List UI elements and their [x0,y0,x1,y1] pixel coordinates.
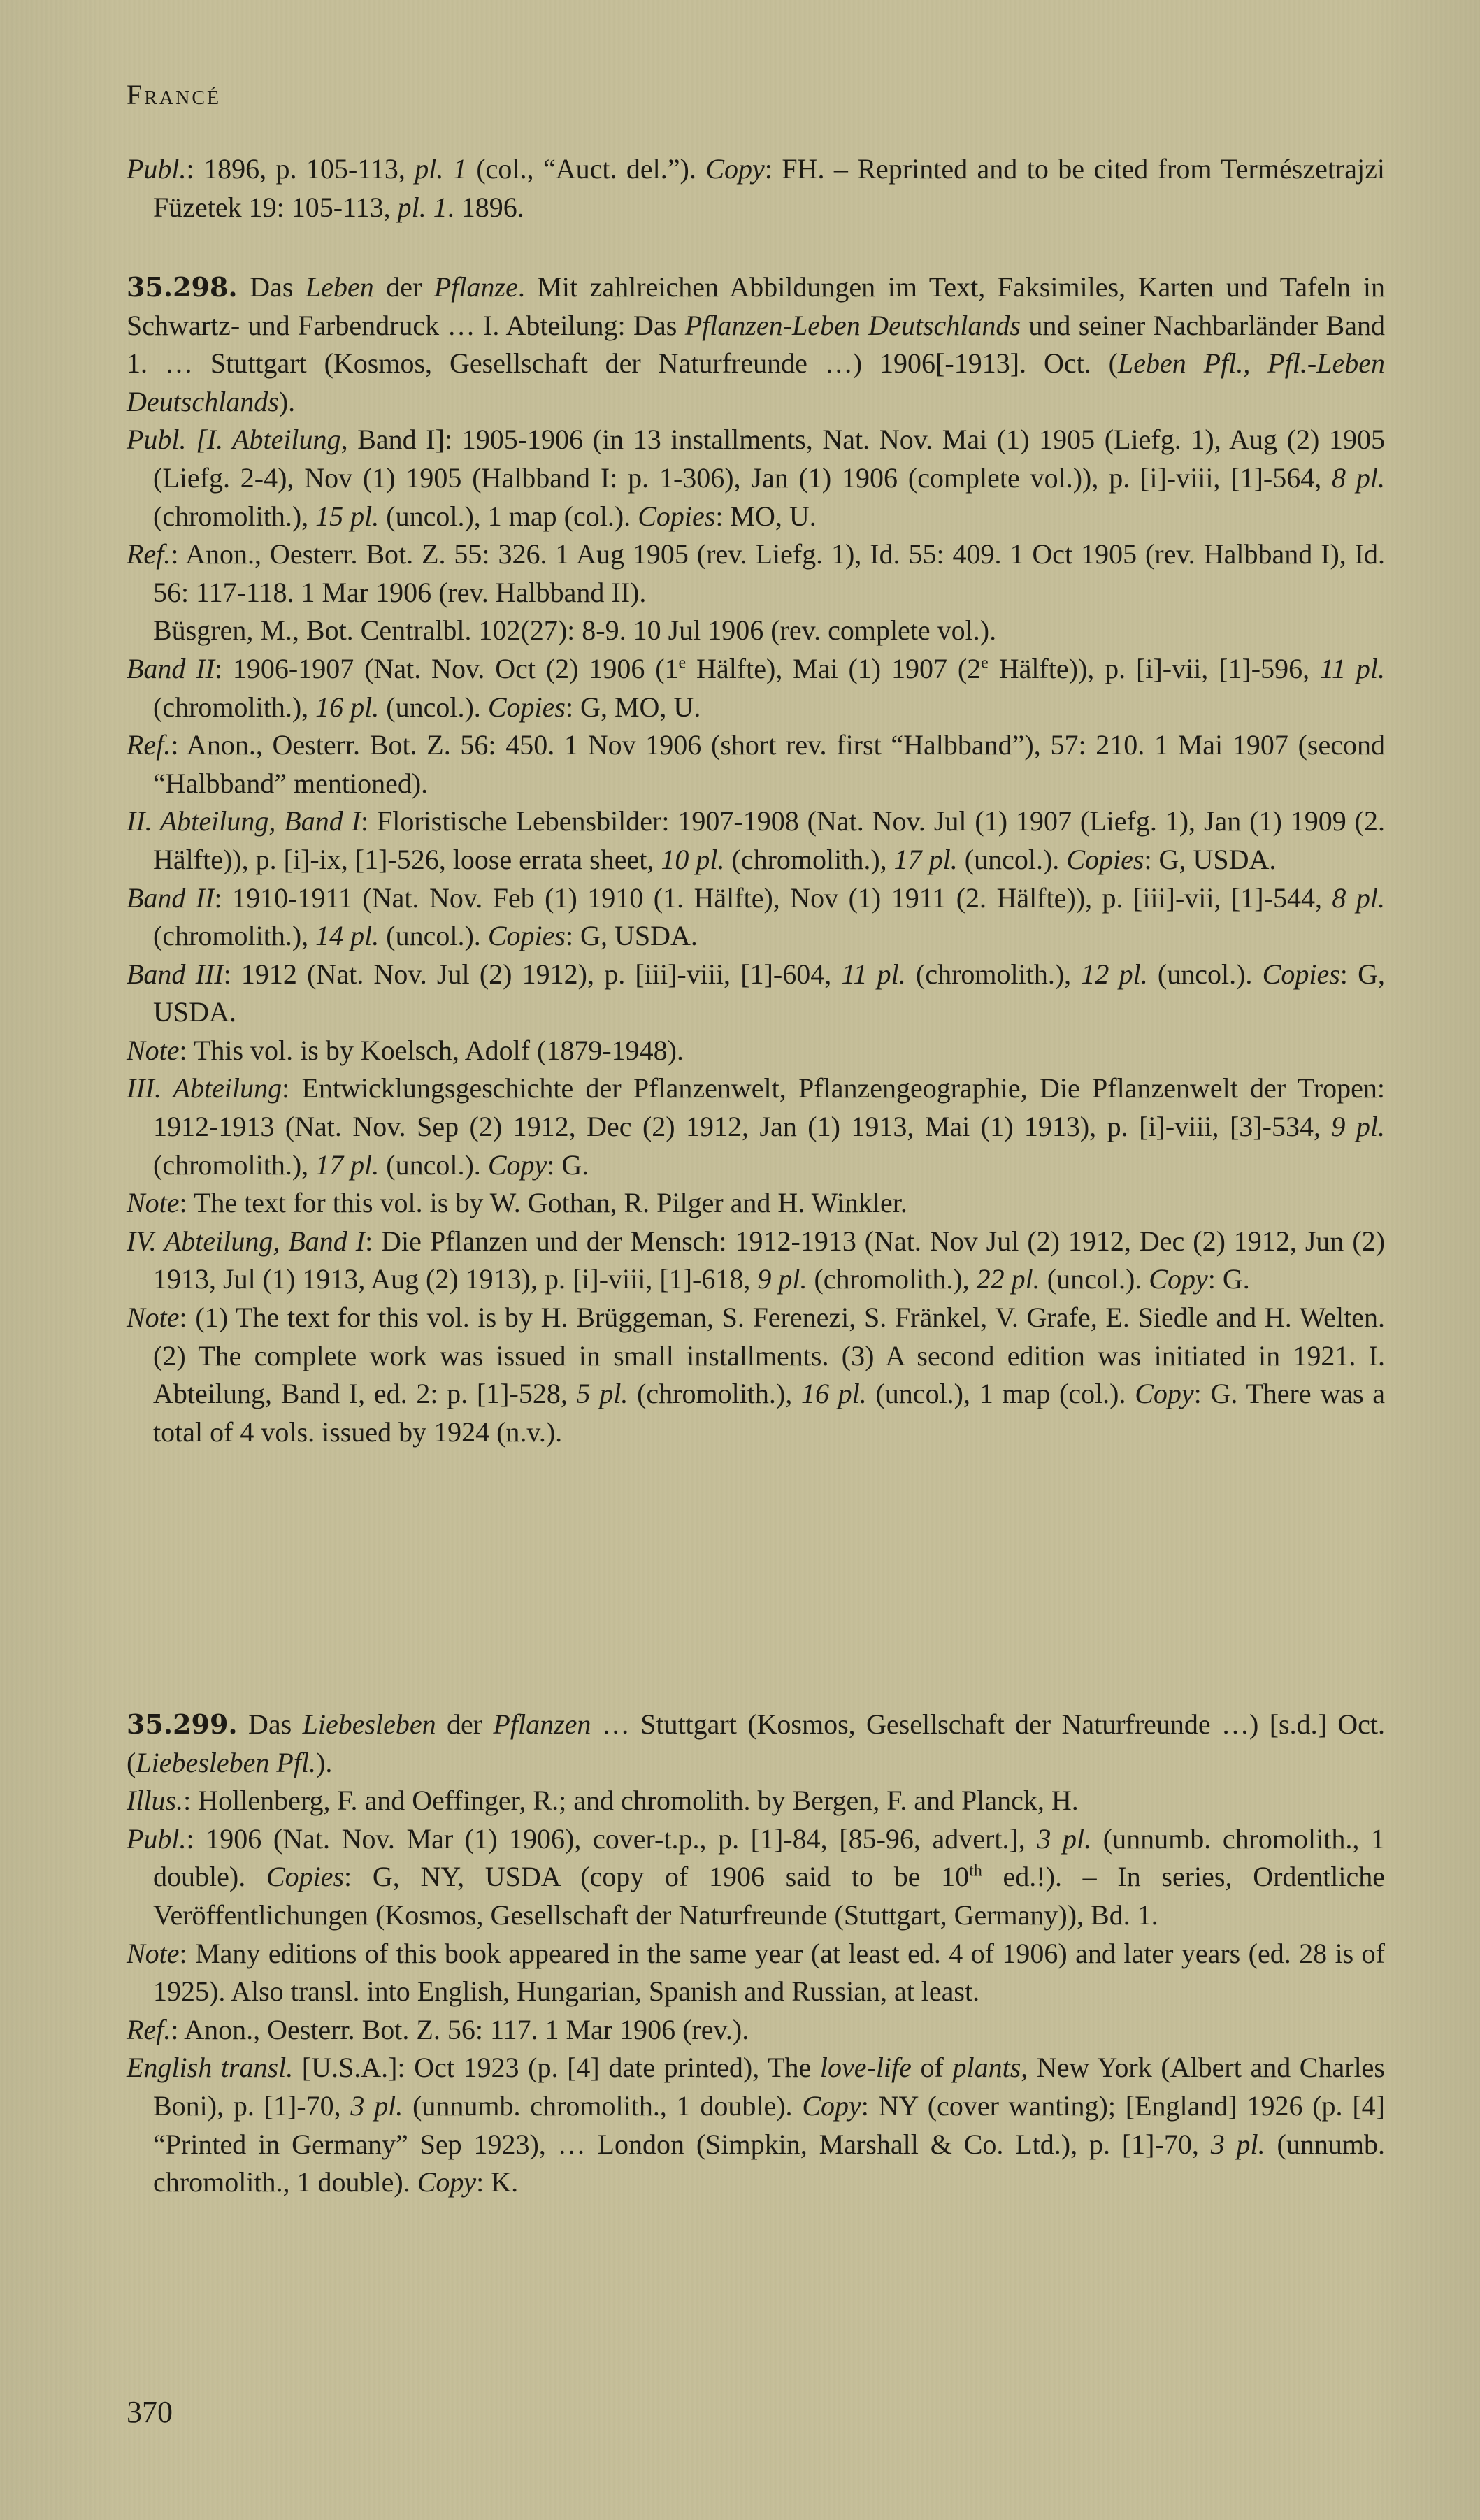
entry-number: 35.298. [127,271,238,303]
page-number: 370 [127,2394,173,2430]
carryover-block: Publ.: 1896, p. 105-113, pl. 1 (col., “A… [127,150,1385,226]
entry-paragraph: Ref.: Anon., Oesterr. Bot. Z. 56: 450. 1… [127,726,1385,802]
entry-paragraph: Ref.: Anon., Oesterr. Bot. Z. 55: 326. 1… [127,535,1385,612]
entry-paragraph: Ref.: Anon., Oesterr. Bot. Z. 56: 117. 1… [127,2011,1385,2050]
entry-paragraph: IV. Abteilung, Band I: Die Pflanzen und … [127,1223,1385,1299]
entry-title: 35.299. Das Liebesleben der Pflanzen … S… [127,1706,1385,1782]
entry-title: 35.298. Das Leben der Pflanze. Mit zahlr… [127,268,1385,421]
entry-paragraph: Publ. [I. Abteilung, Band I]: 1905-1906 … [127,421,1385,535]
carryover-publ: Publ.: 1896, p. 105-113, pl. 1 (col., “A… [127,150,1385,226]
entry-paragraph: Note: The text for this vol. is by W. Go… [127,1184,1385,1223]
entry-paragraph: English transl. [U.S.A.]: Oct 1923 (p. [… [127,2049,1385,2201]
entry-paragraphs: Publ. [I. Abteilung, Band I]: 1905-1906 … [127,421,1385,1451]
entry-title-text: Das Liebesleben der Pflanzen … Stuttgart… [127,1708,1385,1778]
entry-paragraph: Note: (1) The text for this vol. is by H… [127,1299,1385,1451]
entry-title-text: Das Leben der Pflanze. Mit zahlreichen A… [127,271,1385,417]
entry-35-298: 35.298. Das Leben der Pflanze. Mit zahlr… [127,268,1385,1451]
entry-paragraph: Publ.: 1906 (Nat. Nov. Mar (1) 1906), co… [127,1820,1385,1935]
entry-paragraphs: Illus.: Hollenberg, F. and Oeffinger, R.… [127,1782,1385,2202]
running-head: Francé [127,78,221,111]
entry-paragraph: Band II: 1910-1911 (Nat. Nov. Feb (1) 19… [127,879,1385,956]
entry-paragraph: Note: This vol. is by Koelsch, Adolf (18… [127,1032,1385,1070]
entry-paragraph: Illus.: Hollenberg, F. and Oeffinger, R.… [127,1782,1385,1820]
entry-number: 35.299. [127,1708,238,1740]
entry-35-299: 35.299. Das Liebesleben der Pflanzen … S… [127,1706,1385,2202]
entry-paragraph: III. Abteilung: Entwicklungsgeschichte d… [127,1070,1385,1184]
entry-paragraph: Note: Many editions of this book appeare… [127,1935,1385,2011]
entry-paragraph: Band III: 1912 (Nat. Nov. Jul (2) 1912),… [127,956,1385,1032]
entry-paragraph: Büsgren, M., Bot. Centralbl. 102(27): 8-… [127,612,1385,650]
entry-paragraph: II. Abteilung, Band I: Floristische Lebe… [127,802,1385,879]
entry-paragraph: Band II: 1906-1907 (Nat. Nov. Oct (2) 19… [127,650,1385,726]
